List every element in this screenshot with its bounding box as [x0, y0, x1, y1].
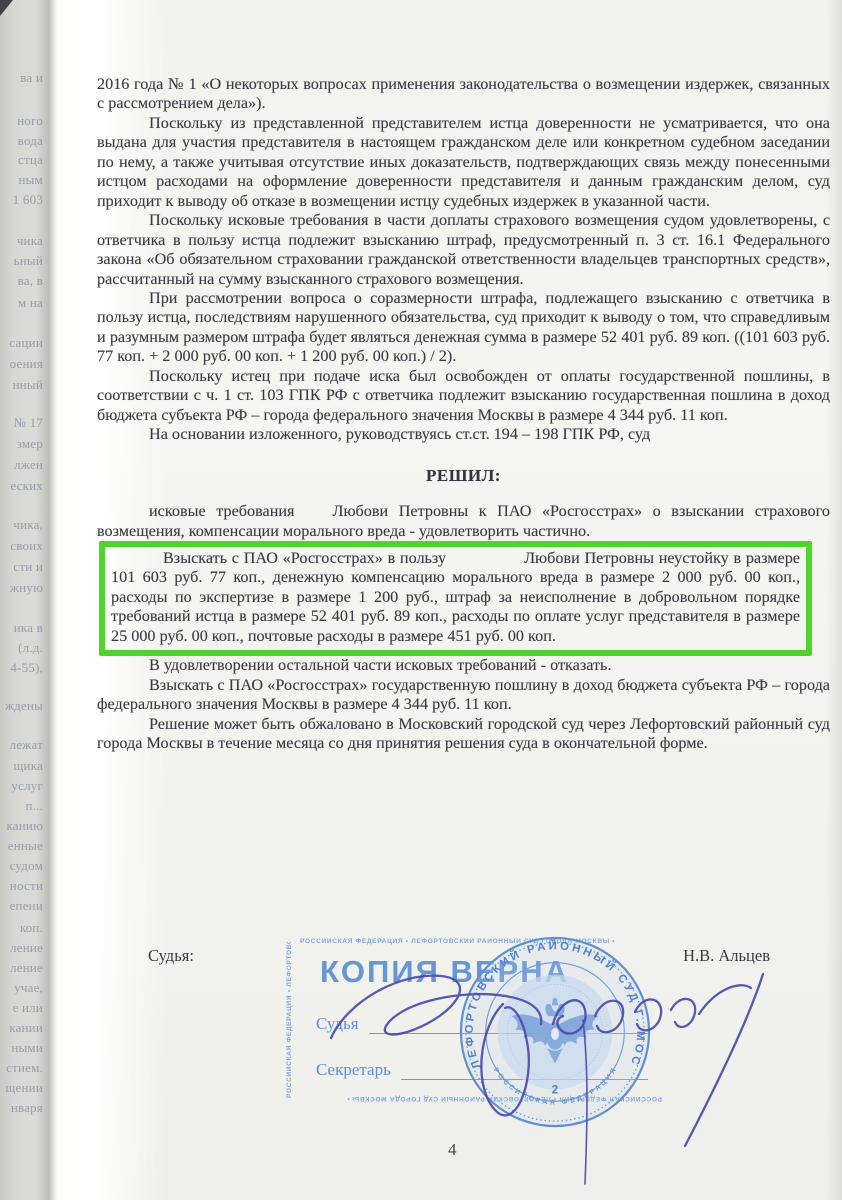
document-body: 2016 года № 1 «О некоторых вопросах прим…	[97, 75, 830, 754]
bleed-text-fragment: чика,	[13, 517, 43, 533]
bleed-text-fragment: (л.д.	[18, 640, 43, 656]
bleed-text-fragment: ва и	[20, 70, 43, 86]
paragraph-refusal: В удовлетворении остальной части исковых…	[97, 656, 830, 675]
paragraph-duty-award: Взыскать с ПАО «Росгосстрах» государстве…	[97, 676, 830, 715]
bleed-text-fragment: 1 603	[13, 192, 43, 208]
paragraph-appeal: Решение может быть обжаловано в Московск…	[97, 715, 830, 754]
bleed-text-fragment: ика в	[14, 620, 43, 636]
bleed-text-fragment: своих	[10, 538, 43, 554]
bleed-text-fragment: ности	[10, 878, 43, 894]
bleed-text-fragment: стием.	[6, 1060, 43, 1076]
paragraph-fine-amount: При рассмотрении вопроса о соразмерности…	[97, 289, 830, 367]
bleed-text-fragment: еских	[10, 478, 43, 494]
signature-stroke	[595, 1001, 623, 1033]
previous-page-edge: ва иноговодастцаным1 603чикаьныйва, вм н…	[0, 0, 48, 1200]
signature-stroke	[685, 974, 763, 1146]
bleed-text-fragment: вода	[18, 133, 43, 149]
bleed-text-fragment: нный	[13, 377, 43, 393]
bleed-text-fragment: змер	[17, 436, 43, 452]
scanned-court-decision-page: ва иноговодастцаным1 603чикаьныйва, вм н…	[0, 0, 842, 1200]
bleed-text-fragment: щении	[5, 1080, 43, 1096]
bleed-text-fragment: ными	[11, 1040, 43, 1056]
highlight-box: Взыскать с ПАО «Росгосстрах» в пользуЛюб…	[99, 541, 812, 656]
judge-label: Судья:	[148, 946, 194, 966]
paragraph-text: Взыскать с ПАО «Росгосстрах» в пользу	[163, 549, 446, 567]
bleed-text-fragment: кании	[9, 1020, 43, 1036]
bleed-text-fragment: чика	[17, 233, 43, 249]
bleed-text-fragment: лжен	[14, 457, 43, 473]
bleed-text-fragment: ным	[18, 172, 43, 188]
bleed-text-fragment: нваря	[11, 1100, 43, 1116]
stamp-border-text-vertical: РОССИЙСКАЯ ФЕДЕРАЦИЯ • ЛЕФОРТОВСКИЙ РАЙО…	[286, 942, 295, 1098]
bleed-text-fragment: е или	[13, 1000, 43, 1016]
signature-stroke	[699, 985, 751, 1014]
scan-corner-artifact	[0, 0, 13, 16]
bleed-text-fragment: 4-55),	[10, 660, 43, 676]
bleed-text-fragment: канию	[6, 818, 43, 834]
paragraph-legal-basis: На основании изложенного, руководствуясь…	[97, 425, 830, 444]
bleed-text-fragment: ждены	[5, 698, 43, 714]
bleed-text-fragment: ного	[17, 113, 43, 129]
signature-stroke	[583, 1020, 587, 1184]
bleed-text-fragment: ление	[10, 940, 43, 956]
signature-stroke	[671, 999, 695, 1027]
bleed-text-fragment: ва, в	[18, 273, 43, 289]
paragraph-text: исковые требования	[149, 502, 294, 520]
bleed-text-fragment: судом	[10, 858, 43, 874]
bleed-text-fragment: № 17	[14, 415, 43, 431]
bleed-text-fragment: епени	[10, 898, 43, 914]
redacted-name-gap	[294, 515, 332, 516]
paragraph-attorney-costs: Поскольку из представленной представител…	[97, 114, 830, 211]
bleed-text-fragment: услуг	[11, 778, 43, 794]
paragraph-claim-granted: исковые требованияЛюбови Петровны к ПАО …	[97, 502, 830, 541]
paragraph-award: Взыскать с ПАО «Росгосстрах» в пользуЛюб…	[111, 549, 800, 646]
signature-stroke	[481, 1004, 528, 1115]
bleed-text-fragment: учае,	[14, 980, 43, 996]
bleed-text-fragment: оения	[10, 356, 43, 372]
redacted-name-gap	[446, 562, 524, 563]
bleed-text-fragment: лежат	[10, 737, 43, 753]
signature-stroke	[635, 999, 661, 1030]
bleed-text-fragment: жную	[10, 580, 43, 596]
bleed-text-fragment: щика	[13, 758, 43, 774]
bleed-text-fragment: ление	[10, 960, 43, 976]
paragraph-fine-basis: Поскольку исковые требования в части доп…	[97, 211, 830, 289]
bleed-text-fragment: м на	[18, 295, 43, 311]
bleed-text-fragment: енные	[8, 838, 43, 854]
bleed-text-fragment: сти и	[13, 559, 43, 575]
bleed-text-fragment: коп.	[20, 920, 43, 936]
paragraph-continuation: 2016 года № 1 «О некоторых вопросах прим…	[97, 75, 830, 114]
signature-stroke	[553, 1000, 586, 1033]
decision-heading: РЕШИЛ:	[97, 466, 830, 485]
bleed-text-fragment: п...	[25, 798, 43, 814]
paragraph-state-duty: Поскольку истец при подаче иска был осво…	[97, 367, 830, 425]
bleed-text-fragment: ьный	[14, 253, 43, 269]
bleed-text-fragment: сации	[9, 335, 43, 351]
bleed-text-fragment: стца	[18, 152, 43, 168]
handwritten-signature	[295, 940, 795, 1190]
